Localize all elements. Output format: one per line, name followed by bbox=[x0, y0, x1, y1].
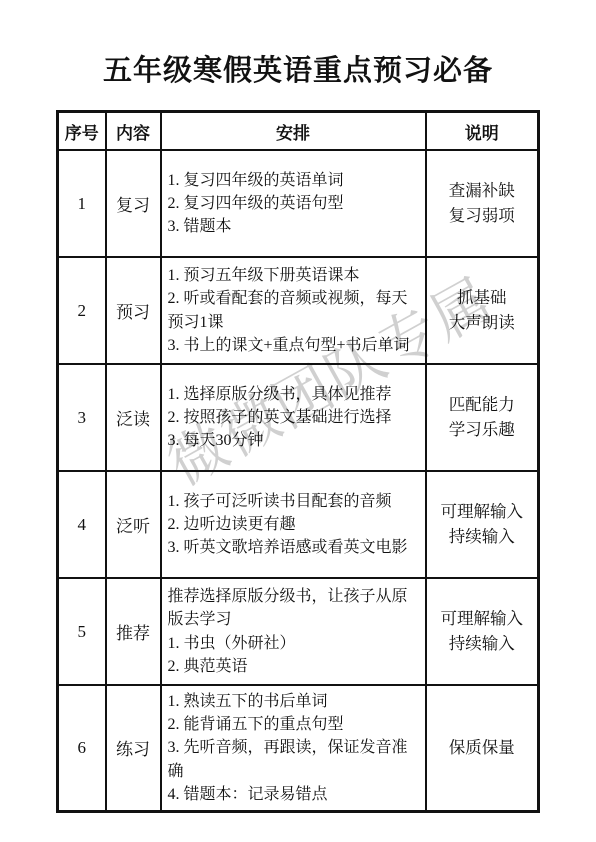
page-title: 五年级寒假英语重点预习必备 bbox=[0, 0, 596, 89]
row-note: 查漏补缺 复习弱项 bbox=[429, 179, 536, 229]
row-number: 3 bbox=[58, 364, 106, 471]
table-row: 1 复习 1. 复习四年级的英语单词 2. 复习四年级的英语句型 3. 错题本 … bbox=[58, 150, 539, 257]
row-topic: 泛听 bbox=[106, 471, 161, 578]
table-row: 2 预习 1. 预习五年级下册英语课本 2. 听或看配套的音频或视频，每天预习1… bbox=[58, 257, 539, 364]
row-number: 4 bbox=[58, 471, 106, 578]
row-number: 5 bbox=[58, 578, 106, 685]
header-cell-arrangement: 安排 bbox=[161, 112, 426, 151]
row-note: 抓基础 大声朗读 bbox=[429, 286, 536, 336]
table-row: 3 泛读 1. 选择原版分级书，具体见推荐 2. 按照孩子的英文基础进行选择 3… bbox=[58, 364, 539, 471]
row-arrangement: 1. 预习五年级下册英语课本 2. 听或看配套的音频或视频，每天预习1课 3. … bbox=[168, 264, 422, 357]
study-plan-table: 序号 内容 安排 说明 1 复习 1. 复习四年级的英语单词 2. 复习四年级的… bbox=[56, 110, 540, 813]
row-topic: 泛读 bbox=[106, 364, 161, 471]
row-note: 可理解输入 持续输入 bbox=[429, 500, 536, 550]
row-topic: 预习 bbox=[106, 257, 161, 364]
table-row: 6 练习 1. 熟读五下的书后单词 2. 能背诵五下的重点句型 3. 先听音频，… bbox=[58, 685, 539, 811]
row-arrangement: 1. 孩子可泛听读书目配套的音频 2. 边听边读更有趣 3. 听英文歌培养语感或… bbox=[168, 490, 422, 560]
row-topic: 复习 bbox=[106, 150, 161, 257]
row-arrangement: 推荐选择原版分级书，让孩子从原版去学习 1. 书虫（外研社） 2. 典范英语 bbox=[168, 585, 422, 678]
header-cell-note: 说明 bbox=[426, 112, 539, 151]
row-topic: 练习 bbox=[106, 685, 161, 811]
row-note: 保质保量 bbox=[429, 736, 536, 761]
table-row: 4 泛听 1. 孩子可泛听读书目配套的音频 2. 边听边读更有趣 3. 听英文歌… bbox=[58, 471, 539, 578]
row-note: 匹配能力 学习乐趣 bbox=[429, 393, 536, 443]
header-cell-content: 内容 bbox=[106, 112, 161, 151]
row-topic: 推荐 bbox=[106, 578, 161, 685]
row-note: 可理解输入 持续输入 bbox=[429, 607, 536, 657]
row-arrangement: 1. 熟读五下的书后单词 2. 能背诵五下的重点句型 3. 先听音频，再跟读，保… bbox=[168, 690, 422, 806]
row-number: 1 bbox=[58, 150, 106, 257]
row-arrangement: 1. 复习四年级的英语单词 2. 复习四年级的英语句型 3. 错题本 bbox=[168, 169, 422, 239]
header-cell-no: 序号 bbox=[58, 112, 106, 151]
document-page: 微微团队专属 五年级寒假英语重点预习必备 序号 内容 安排 说明 1 复习 1.… bbox=[0, 0, 596, 842]
table-header-row: 序号 内容 安排 说明 bbox=[58, 112, 539, 151]
row-number: 2 bbox=[58, 257, 106, 364]
table-row: 5 推荐 推荐选择原版分级书，让孩子从原版去学习 1. 书虫（外研社） 2. 典… bbox=[58, 578, 539, 685]
row-number: 6 bbox=[58, 685, 106, 811]
row-arrangement: 1. 选择原版分级书，具体见推荐 2. 按照孩子的英文基础进行选择 3. 每天3… bbox=[168, 383, 422, 453]
